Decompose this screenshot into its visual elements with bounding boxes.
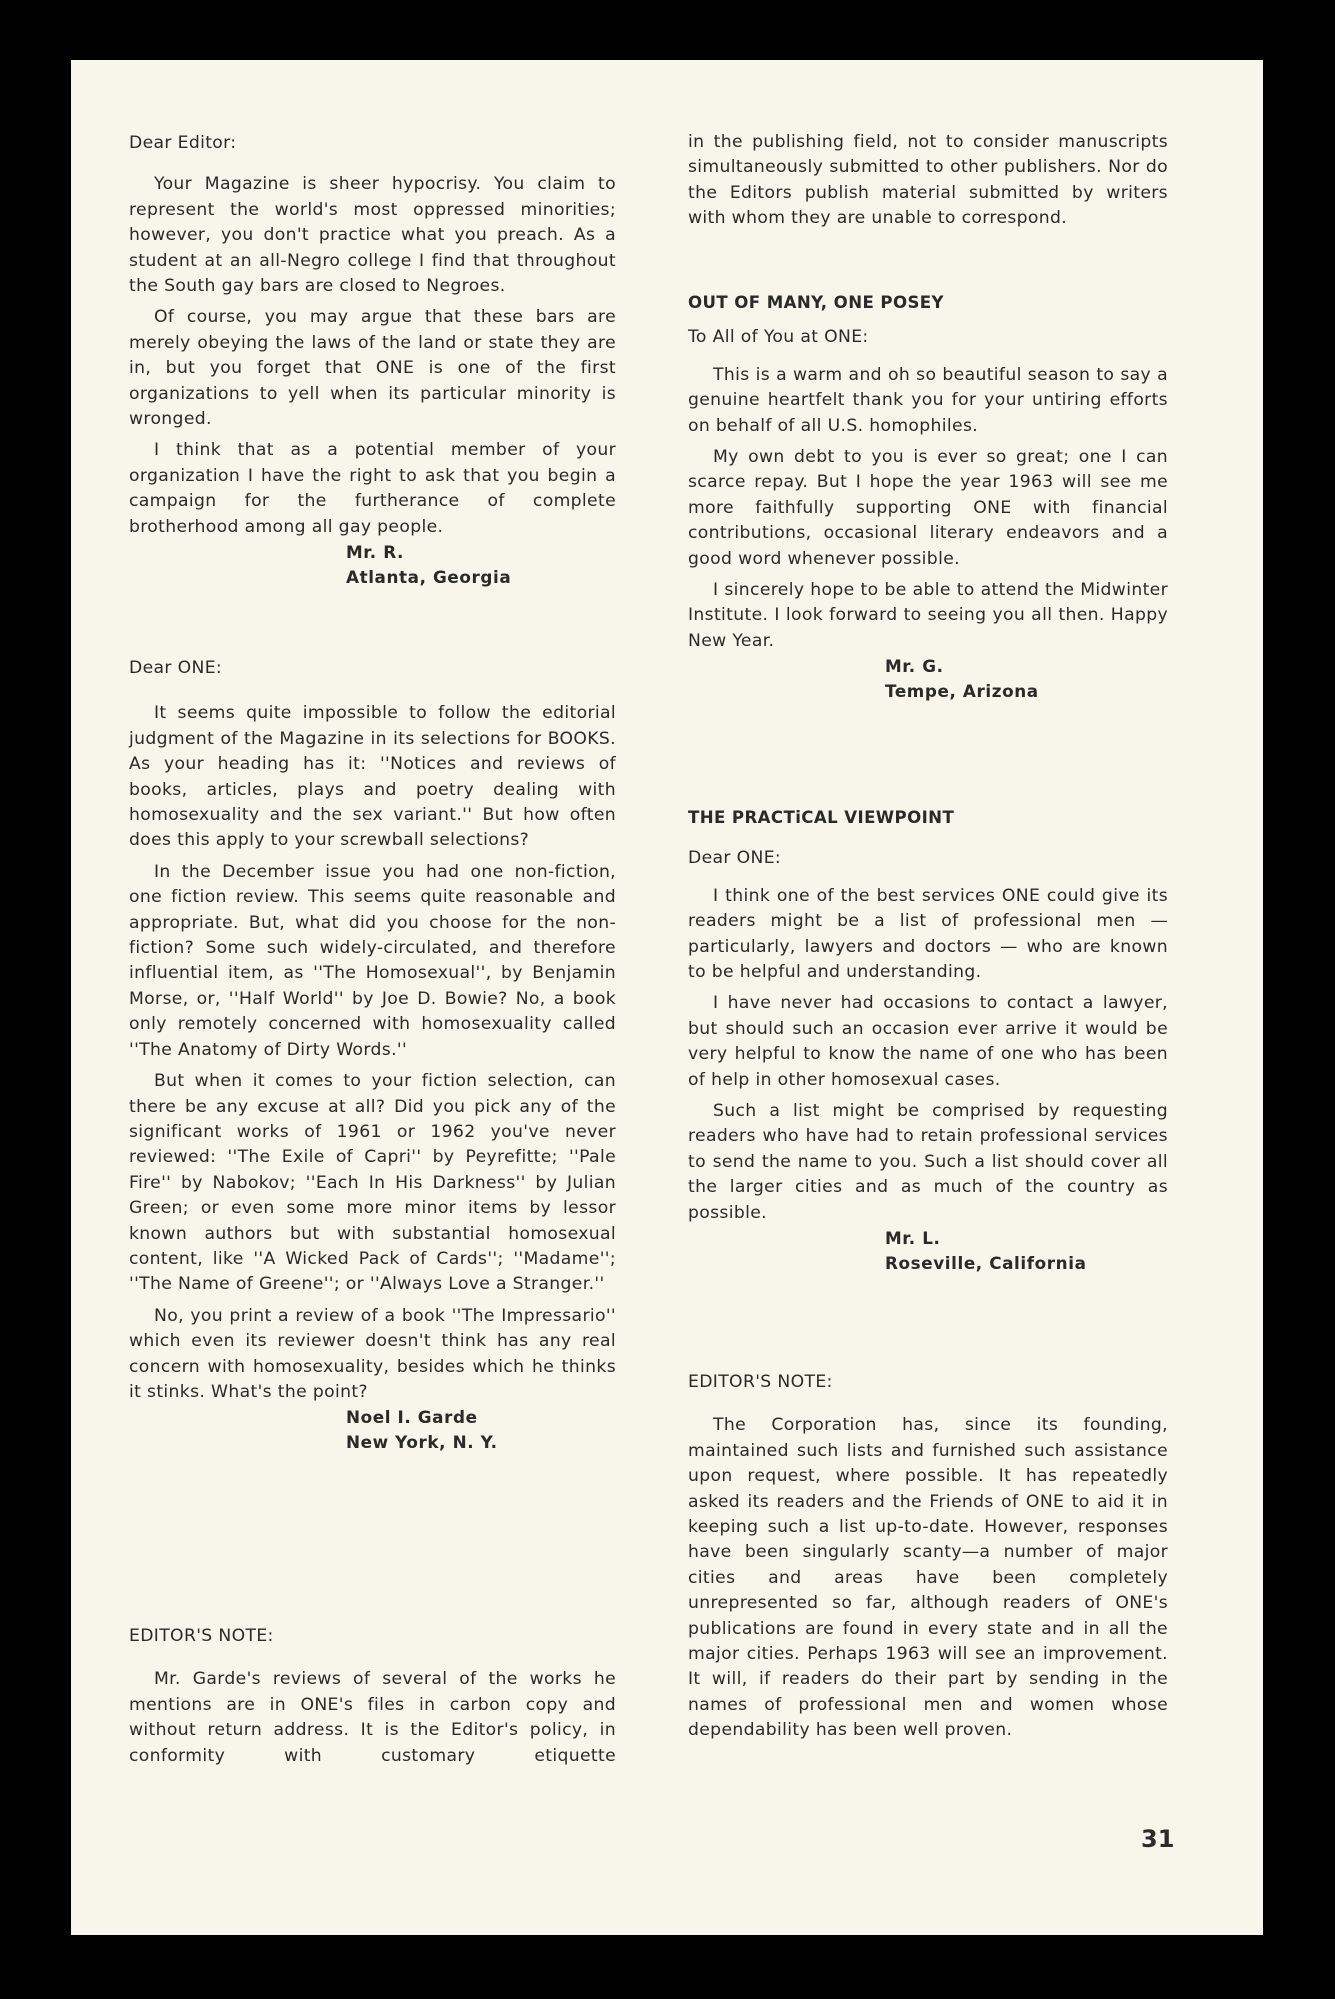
letter-mr-r: Dear Editor: Your Magazine is sheer hypo… [129,131,616,590]
paragraph: No, you print a review of a book ''The I… [129,1304,616,1406]
magazine-page: Dear Editor: Your Magazine is sheer hypo… [71,60,1263,1935]
paragraph: in the publishing field, not to consider… [688,130,1168,232]
paragraph: The Corporation has, since its founding,… [688,1413,1168,1743]
section-practical-viewpoint: THE PRACTiCAL VIEWPOINT Dear ONE: I thin… [688,805,1168,1276]
paragraph: My own debt to you is ever so great; one… [688,445,1168,572]
paragraph: This is a warm and oh so beautiful seaso… [688,363,1168,439]
signature-name: Mr. G. [688,654,1168,679]
paragraph: But when it comes to your fiction select… [129,1069,616,1298]
paragraph: I think that as a potential member of yo… [129,438,616,540]
paragraph: In the December issue you had one non-fi… [129,860,616,1063]
editors-note-left: EDITOR'S NOTE: Mr. Garde's reviews of se… [129,1624,616,1769]
paragraph: It seems quite impossible to follow the … [129,701,616,853]
section-heading: OUT OF MANY, ONE POSEY [688,290,1168,315]
signature-name: Noel I. Garde [129,1405,616,1430]
section-heading: THE PRACTiCAL VIEWPOINT [688,805,1168,830]
paragraph: I think one of the best services ONE cou… [688,884,1168,986]
signature-place: New York, N. Y. [129,1430,616,1455]
salutation: Dear Editor: [129,131,616,156]
page-number: 31 [1141,1825,1174,1853]
signature-place: Roseville, California [688,1251,1168,1276]
paragraph: Mr. Garde's reviews of several of the wo… [129,1667,616,1769]
paragraph: Of course, you may argue that these bars… [129,305,616,432]
salutation: To All of You at ONE: [688,325,1168,350]
editors-note-continuation: in the publishing field, not to consider… [688,130,1168,232]
editors-note-label: EDITOR'S NOTE: [688,1370,1168,1395]
salutation: Dear ONE: [129,656,616,681]
paragraph: Your Magazine is sheer hypocrisy. You cl… [129,172,616,299]
signature-place: Atlanta, Georgia [129,565,616,590]
salutation: Dear ONE: [688,846,1168,871]
section-out-of-many: OUT OF MANY, ONE POSEY To All of You at … [688,290,1168,704]
paragraph: I sincerely hope to be able to attend th… [688,578,1168,654]
paragraph: Such a list might be comprised by reques… [688,1099,1168,1226]
editors-note-right: EDITOR'S NOTE: The Corporation has, sinc… [688,1370,1168,1744]
letter-noel-garde: Dear ONE: It seems quite impossible to f… [129,656,616,1455]
paragraph: I have never had occasions to contact a … [688,991,1168,1093]
signature-place: Tempe, Arizona [688,679,1168,704]
signature-name: Mr. R. [129,540,616,565]
editors-note-label: EDITOR'S NOTE: [129,1624,616,1649]
signature-name: Mr. L. [688,1226,1168,1251]
